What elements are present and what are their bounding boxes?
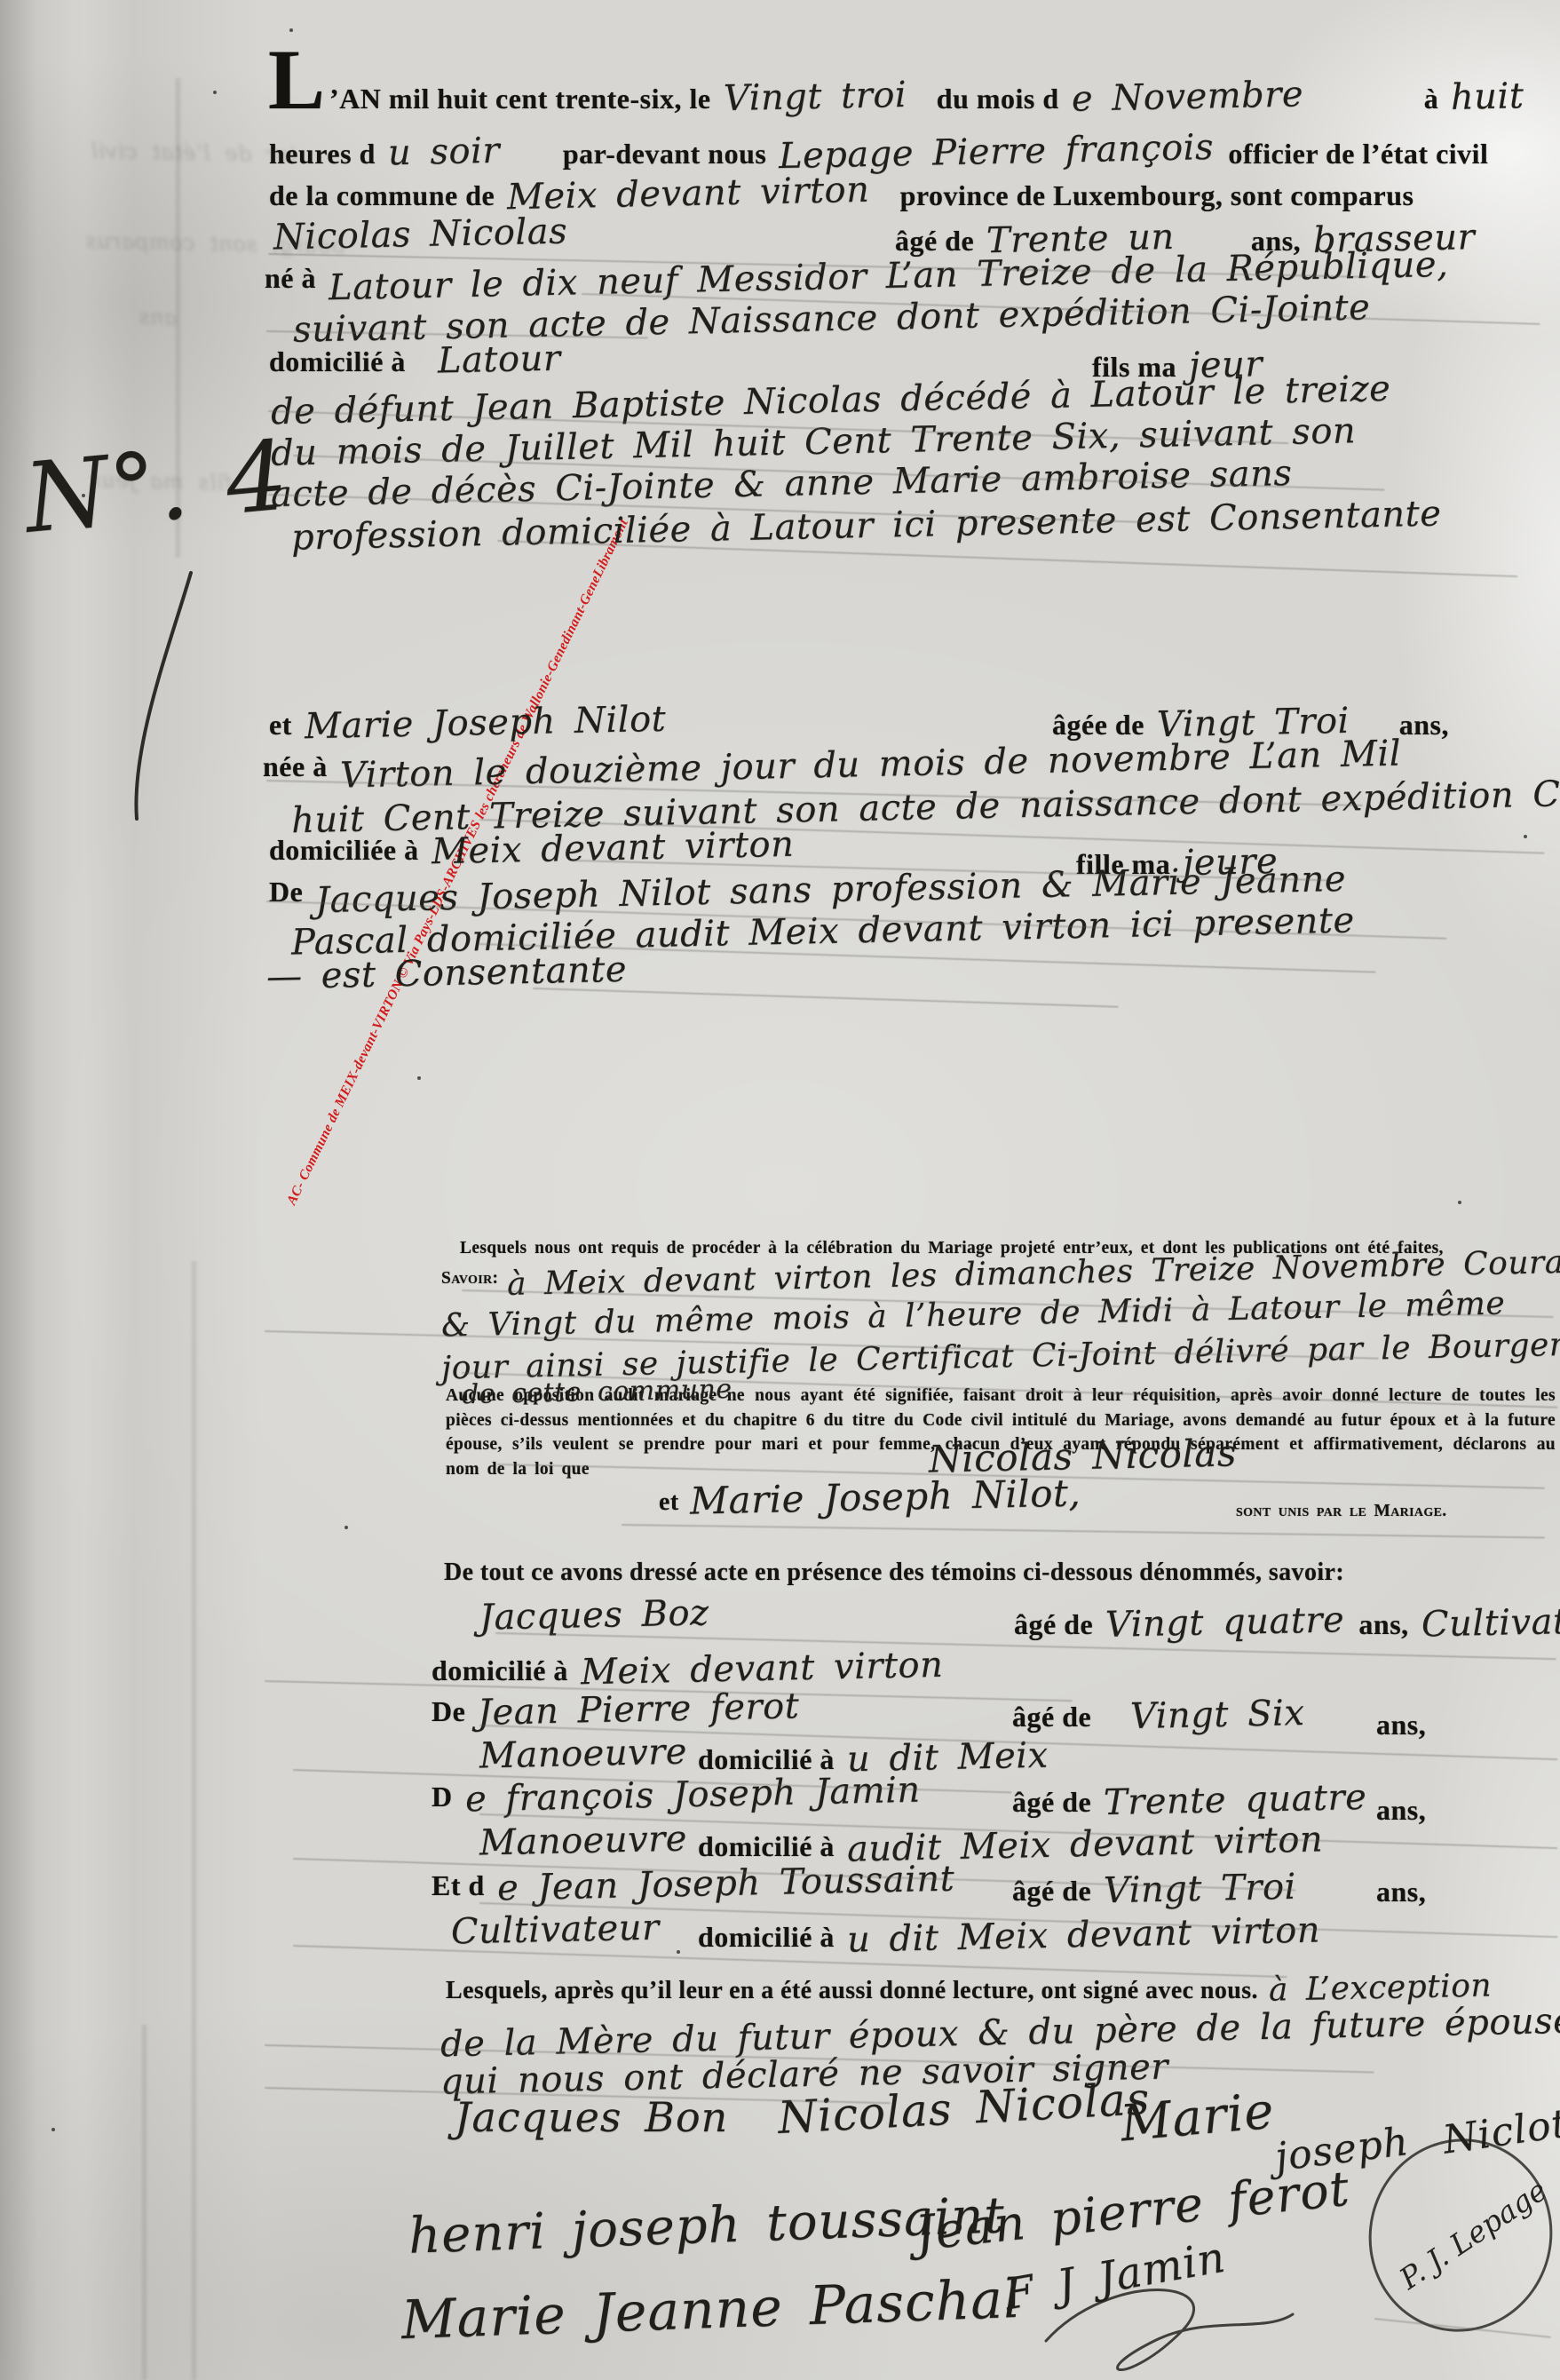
handwritten-text: Cultivateur	[451, 1909, 660, 1951]
witness-3-age: âgé deTrente quatre	[1012, 1781, 1381, 1819]
printed-text: né à	[265, 264, 316, 294]
printed-text: par-devant nous	[563, 139, 766, 170]
printed-text: ans,	[1376, 1710, 1426, 1741]
dust-speck	[213, 91, 217, 94]
handwritten-text: e françois Joseph Jamin	[464, 1772, 920, 1819]
witness-3-job: Manoeuvre	[479, 1822, 701, 1860]
handwritten-text: Marie Joseph Nilot,	[689, 1473, 1081, 1520]
printed-text: à	[1424, 84, 1439, 115]
handwritten-text: Vingt troi	[723, 76, 907, 117]
dust-speck	[677, 1950, 680, 1954]
witness-2-job: Manoeuvre	[479, 1735, 701, 1773]
handwritten-text: Vingt quatre	[1105, 1601, 1345, 1644]
dust-speck	[417, 1076, 421, 1080]
dust-speck	[51, 2128, 55, 2131]
declaration-groom-name: Nicolas Nicolas	[929, 1437, 1251, 1476]
printed-text: domiciliée à	[269, 836, 419, 866]
handwritten-text: Vingt Six	[1130, 1694, 1305, 1735]
printed-text: province de Luxembourg, sont comparus	[900, 181, 1414, 211]
handwritten-text: e Novembre	[1071, 75, 1303, 117]
signature-marie: Marie	[1119, 2086, 1277, 2152]
publications-line-3: jour ainsi se justifie le Certificat Ci-…	[441, 1340, 1560, 1374]
handwritten-text: ans	[139, 306, 178, 329]
signature-jacques-bon: Jacques Bon	[455, 2096, 728, 2138]
fold-crease	[190, 1261, 198, 2380]
witness-3-ans: ans,	[1376, 1796, 1438, 1826]
handwritten-text: Meix devant virton	[507, 171, 870, 217]
pencil-guide-line	[497, 540, 1517, 577]
witness-2-age: âgé deVingt Six	[1012, 1696, 1319, 1733]
closing-line-2: de la Mère du futur époux & du père de l…	[440, 2014, 1560, 2051]
printed-text: Savoir:	[441, 1270, 498, 1288]
printed-text: née à	[263, 752, 328, 782]
dust-speck	[1524, 835, 1527, 838]
handwritten-text: ier de l’état civil	[91, 140, 297, 167]
witness-1-name: Jacques Boz	[479, 1597, 724, 1634]
handwritten-text: fils ma jeur	[91, 469, 233, 495]
witness-1-domicile: domicilié àMeix devant virton	[432, 1650, 957, 1687]
printed-text: D	[432, 1782, 453, 1813]
bride-line-1: etMarie Joseph Nilot	[269, 704, 680, 742]
bleed-through-text: ans	[124, 306, 178, 329]
bride-line-2: née àVirton le douzième jour du mois de …	[263, 746, 1415, 783]
printed-text: de la commune de	[269, 181, 495, 211]
printed-text: L	[268, 46, 325, 115]
publications-savoir: Savoir:à Meix devant virton les dimanche…	[441, 1257, 1560, 1290]
handwritten-text: huit	[1451, 77, 1524, 116]
printed-text: Et d	[432, 1871, 485, 1901]
opening-line-2: heures du soirpar-devant nousLepage Pier…	[269, 133, 1501, 171]
handwritten-text: Manoeuvre	[479, 1733, 688, 1775]
dust-speck	[1458, 1201, 1461, 1204]
handwritten-text: à L’exception	[1269, 1969, 1493, 2007]
printed-text: De tout ce avons dressé acte en présence…	[444, 1559, 1344, 1585]
witness-4-job: Cultivateur	[451, 1911, 674, 1948]
handwritten-text: u dit Meix devant virton	[847, 1911, 1321, 1958]
dust-speck	[289, 28, 293, 32]
declaration-unis: sont unis par le Mariage.	[1236, 1503, 1456, 1520]
dust-speck	[344, 1526, 348, 1529]
handwritten-text: Meix devant virton	[581, 1646, 944, 1692]
printed-text: âgé de	[895, 226, 974, 257]
printed-text: Lesquels, après qu’il leur en a été auss…	[446, 1978, 1258, 2003]
witness-heading: De tout ce avons dressé acte en présence…	[444, 1559, 1355, 1585]
printed-text: domicilié à	[698, 1923, 835, 1953]
handwritten-text: Lepage Pierre françois	[779, 129, 1215, 175]
signature-jean-pierre-ferot: Jean pierre ferot	[913, 2163, 1351, 2259]
officer-signature: P. J. Lepage	[1393, 2172, 1553, 2296]
bleed-through-text: bourg, sont comparus	[71, 233, 344, 255]
printed-text: ans,	[1399, 710, 1449, 741]
printed-text: domicilié à	[698, 1832, 835, 1862]
printed-text: et	[659, 1489, 679, 1515]
closing-line-1: Lesquels, après qu’il leur en a été auss…	[446, 1971, 1506, 2005]
printed-text: officier de l’état civil	[1228, 139, 1488, 170]
printed-text: âgé de	[1012, 1702, 1091, 1733]
pencil-guide-line	[533, 988, 1119, 1008]
opening-line-6: suivant son acte de Naissance dont expéd…	[293, 300, 1384, 337]
handwritten-text: Latour	[437, 340, 560, 380]
handwritten-text: Jean pierre ferot	[913, 2163, 1351, 2259]
handwritten-text: Jean Pierre ferot	[478, 1687, 800, 1732]
bride-line-7: — est Consentante	[266, 955, 641, 992]
fold-crease	[140, 2025, 148, 2380]
handwritten-text: Niclot	[1440, 2103, 1560, 2161]
handwritten-text: Manoeuvre	[479, 1821, 688, 1862]
handwritten-text: Cultivateur	[1421, 1602, 1560, 1644]
printed-text: du mois d	[937, 84, 1059, 115]
printed-text: domicilié à	[698, 1745, 835, 1775]
printed-text: et	[269, 710, 292, 741]
printed-text: ans,	[1358, 1610, 1408, 1640]
printed-text: domicilié à	[269, 347, 406, 377]
printed-text: ans,	[1376, 1796, 1426, 1826]
opening-line-7: domicilié àLatour	[269, 341, 574, 378]
printed-text: sont unis par le Mariage.	[1236, 1503, 1447, 1520]
publications-line-4: de cette commune	[462, 1378, 747, 1407]
declaration-bride-name: etMarie Joseph Nilot,	[659, 1478, 1095, 1517]
printed-text: ans,	[1376, 1877, 1426, 1908]
handwritten-text: Jacques Boz	[479, 1594, 709, 1636]
signature-niclot: Niclot	[1440, 2103, 1560, 2161]
pencil-guide-line	[622, 1524, 1545, 1539]
bleed-through-text: fils ma jeur	[76, 471, 232, 493]
signature-marie-jeanne-paschal: Marie Jeanne Paschal	[400, 2272, 1022, 2349]
handwritten-text: Trente quatre	[1104, 1779, 1367, 1821]
handwritten-text: Marie	[1119, 2086, 1277, 2152]
opening-line-3: de la commune deMeix devant virtonprovin…	[269, 175, 1426, 212]
handwritten-text: Jacques Bon	[455, 2096, 728, 2138]
printed-text: âgé de	[1014, 1610, 1093, 1640]
bride-line-4: domiciliée àMeix devant virton	[269, 829, 808, 867]
printed-text: domicilié à	[432, 1656, 568, 1686]
bleed-through-text: ier de l’état civil	[76, 142, 297, 164]
handwritten-text: Marie Jeanne Paschal	[400, 2272, 1022, 2349]
witness-1-age: âgé deVingt quatreans,Cultivateur	[1014, 1604, 1560, 1641]
dust-speck	[82, 494, 85, 497]
handwritten-text: Marie Joseph Nilot	[304, 701, 666, 746]
printed-text: De	[432, 1697, 465, 1727]
witness-4-ans: ans,	[1376, 1877, 1438, 1908]
document-page: AC- Commune de MEIX-devant-VIRTON © Via …	[0, 0, 1560, 2380]
printed-text: ’AN mil huit cent trente-six, le	[329, 84, 711, 115]
witness-2-name: DeJean Pierre ferot	[432, 1691, 814, 1728]
printed-text: âgé de	[1012, 1788, 1091, 1818]
handwritten-text: u soir	[387, 132, 500, 172]
printed-text: âgée de	[1052, 710, 1144, 741]
opening-line-1: L’AN mil huit cent trente-six, leVingt t…	[268, 46, 1539, 115]
witness-2-ans: ans,	[1376, 1710, 1438, 1741]
pen-flourish	[107, 568, 231, 826]
witness-4-domicile: domicilié àu dit Meix devant virton	[698, 1916, 1334, 1954]
